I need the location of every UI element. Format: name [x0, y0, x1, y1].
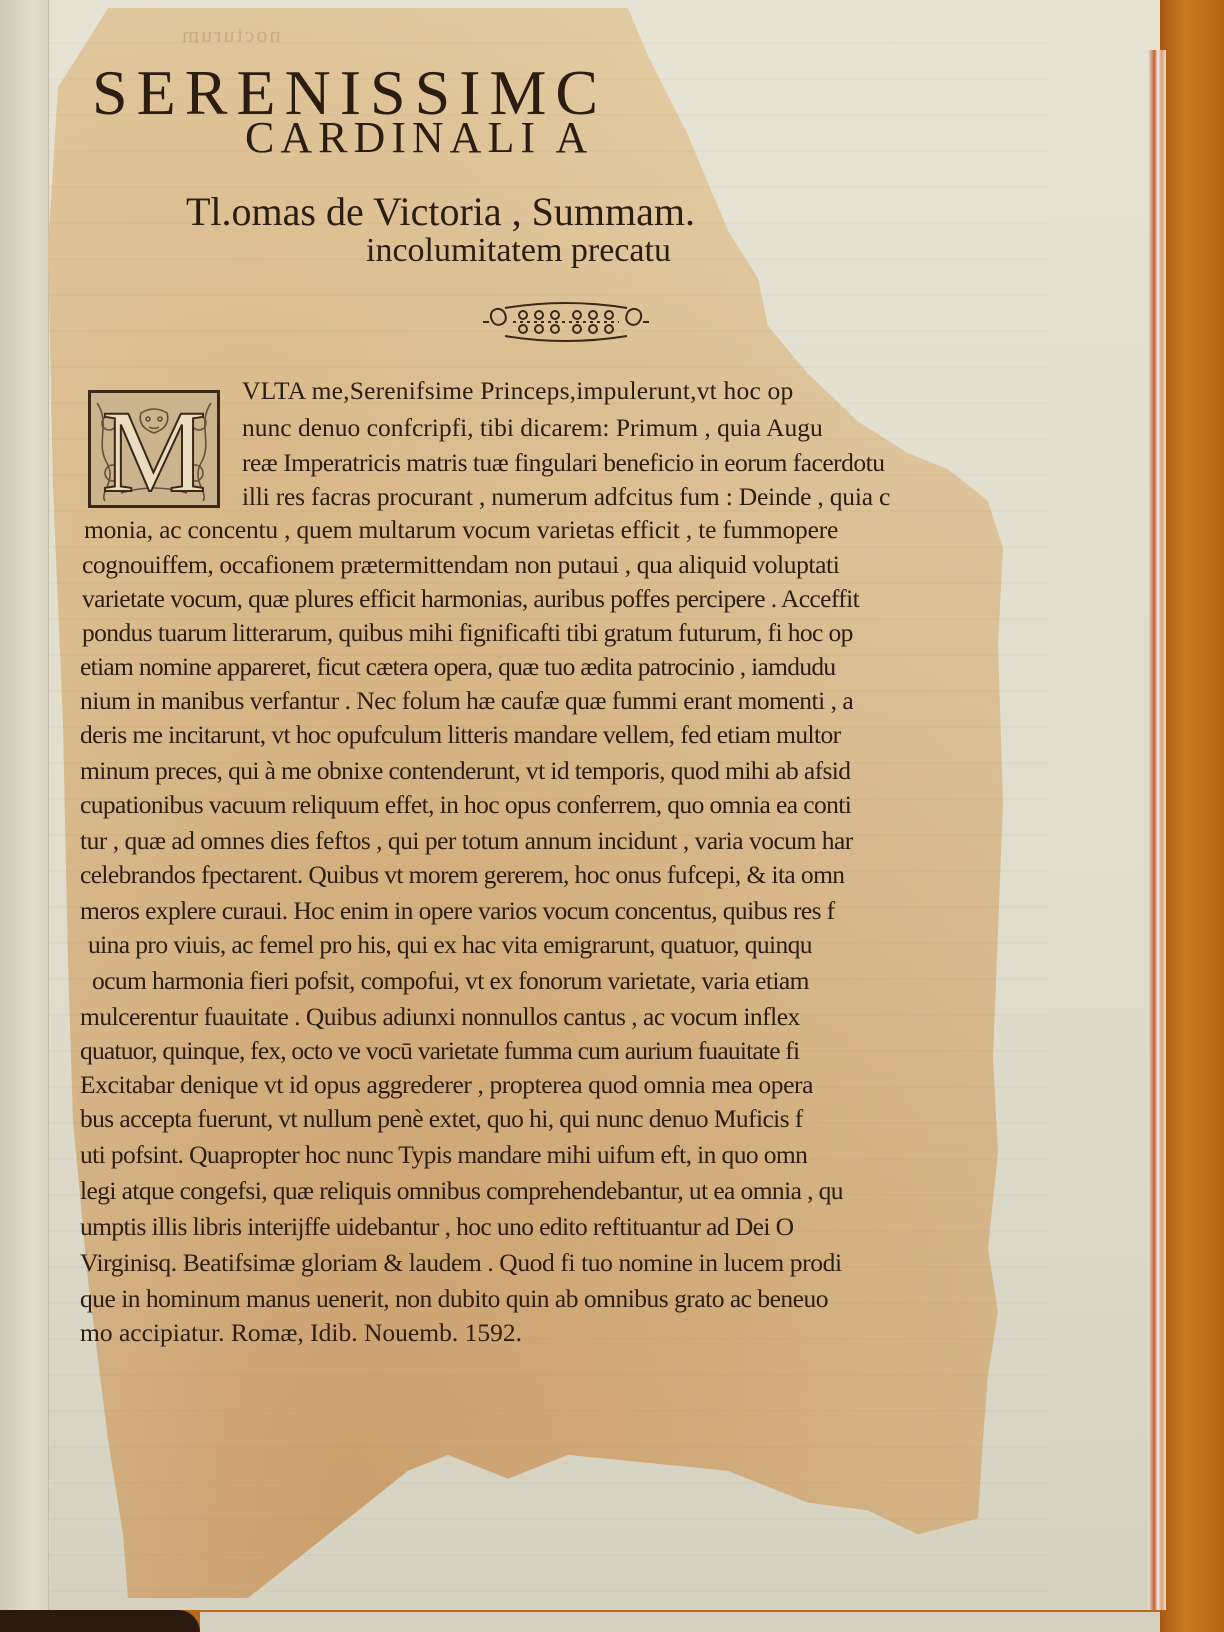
- text-line: nunc denuo confcripfi, tibi dicarem: Pri…: [242, 413, 823, 443]
- show-through-text: nocturum: [180, 22, 280, 48]
- wooden-background: [1160, 0, 1224, 1632]
- text-line: bus accepta fuerunt, vt nullum penè exte…: [80, 1104, 803, 1134]
- bottom-page-strip: [200, 1612, 1160, 1632]
- title-line-4: incolumitatem precatu: [366, 232, 671, 270]
- text-line: uina pro viuis, ac femel pro his, qui ex…: [88, 930, 812, 960]
- book-gutter: [0, 0, 49, 1632]
- text-line: deris me incitarunt, vt hoc opufculum li…: [80, 720, 841, 750]
- text-line: umptis illis libris interijffe uidebantu…: [80, 1212, 793, 1242]
- text-line: etiam nomine appareret, ficut cætera ope…: [80, 652, 835, 682]
- text-line: cupationibus vacuum reliquum effet, in h…: [80, 790, 851, 820]
- title-line-2: CARDINALI A: [245, 112, 593, 163]
- page-edges: [1148, 50, 1166, 1610]
- text-line: illi res facras procurant , numerum adfc…: [242, 482, 890, 512]
- text-line: pondus tuarum litterarum, quibus mihi fi…: [82, 618, 853, 648]
- initial-letter-m: M: [91, 387, 217, 517]
- text-line: celebrandos fpectarent. Quibus vt morem …: [80, 860, 844, 890]
- text-line: monia, ac concentu , quem multarum vocum…: [84, 515, 838, 545]
- binding-shadow: [0, 1610, 200, 1632]
- text-line: tur , quæ ad omnes dies feftos , qui per…: [80, 826, 853, 856]
- text-line: cognouiffem, occafionem prætermittendam …: [82, 550, 839, 580]
- text-line: legi atque congefsi, quæ reliquis omnibu…: [80, 1176, 843, 1206]
- text-line: reæ Imperatricis matris tuæ fingulari be…: [242, 448, 885, 478]
- text-line: mulcerentur fuauitate . Quibus adiunxi n…: [80, 1002, 800, 1032]
- text-line: meros explere curaui. Hoc enim in opere …: [80, 896, 835, 926]
- title-line-3: Tl.omas de Victoria , Summam.: [186, 188, 695, 235]
- text-line: Excitabar denique vt id opus aggrederer …: [80, 1070, 813, 1100]
- text-line: varietate vocum, quæ plures efficit harm…: [82, 584, 859, 614]
- historiated-initial: M: [88, 390, 220, 508]
- text-line: uti pofsint. Quapropter hoc nunc Typis m…: [80, 1140, 807, 1170]
- text-line: minum preces, qui à me obnixe contenderu…: [80, 756, 850, 786]
- text-line-dateline: mo accipiatur. Romæ, Idib. Nouemb. 1592.: [80, 1318, 522, 1348]
- text-line: VLTA me,Serenifsime Princeps,impulerunt,…: [242, 376, 793, 406]
- text-line: ocum harmonia fieri pofsit, compofui, vt…: [92, 966, 809, 996]
- fleuron-ornament-icon: [483, 300, 649, 344]
- text-line: nium in manibus verfantur . Nec folum hæ…: [80, 686, 853, 716]
- text-line: Virginisq. Beatifsimæ gloriam & laudem .…: [80, 1248, 842, 1278]
- text-line: que in hominum manus uenerit, non dubito…: [80, 1284, 828, 1314]
- text-line: quatuor, quinque, fex, octo ve vocū vari…: [80, 1036, 799, 1066]
